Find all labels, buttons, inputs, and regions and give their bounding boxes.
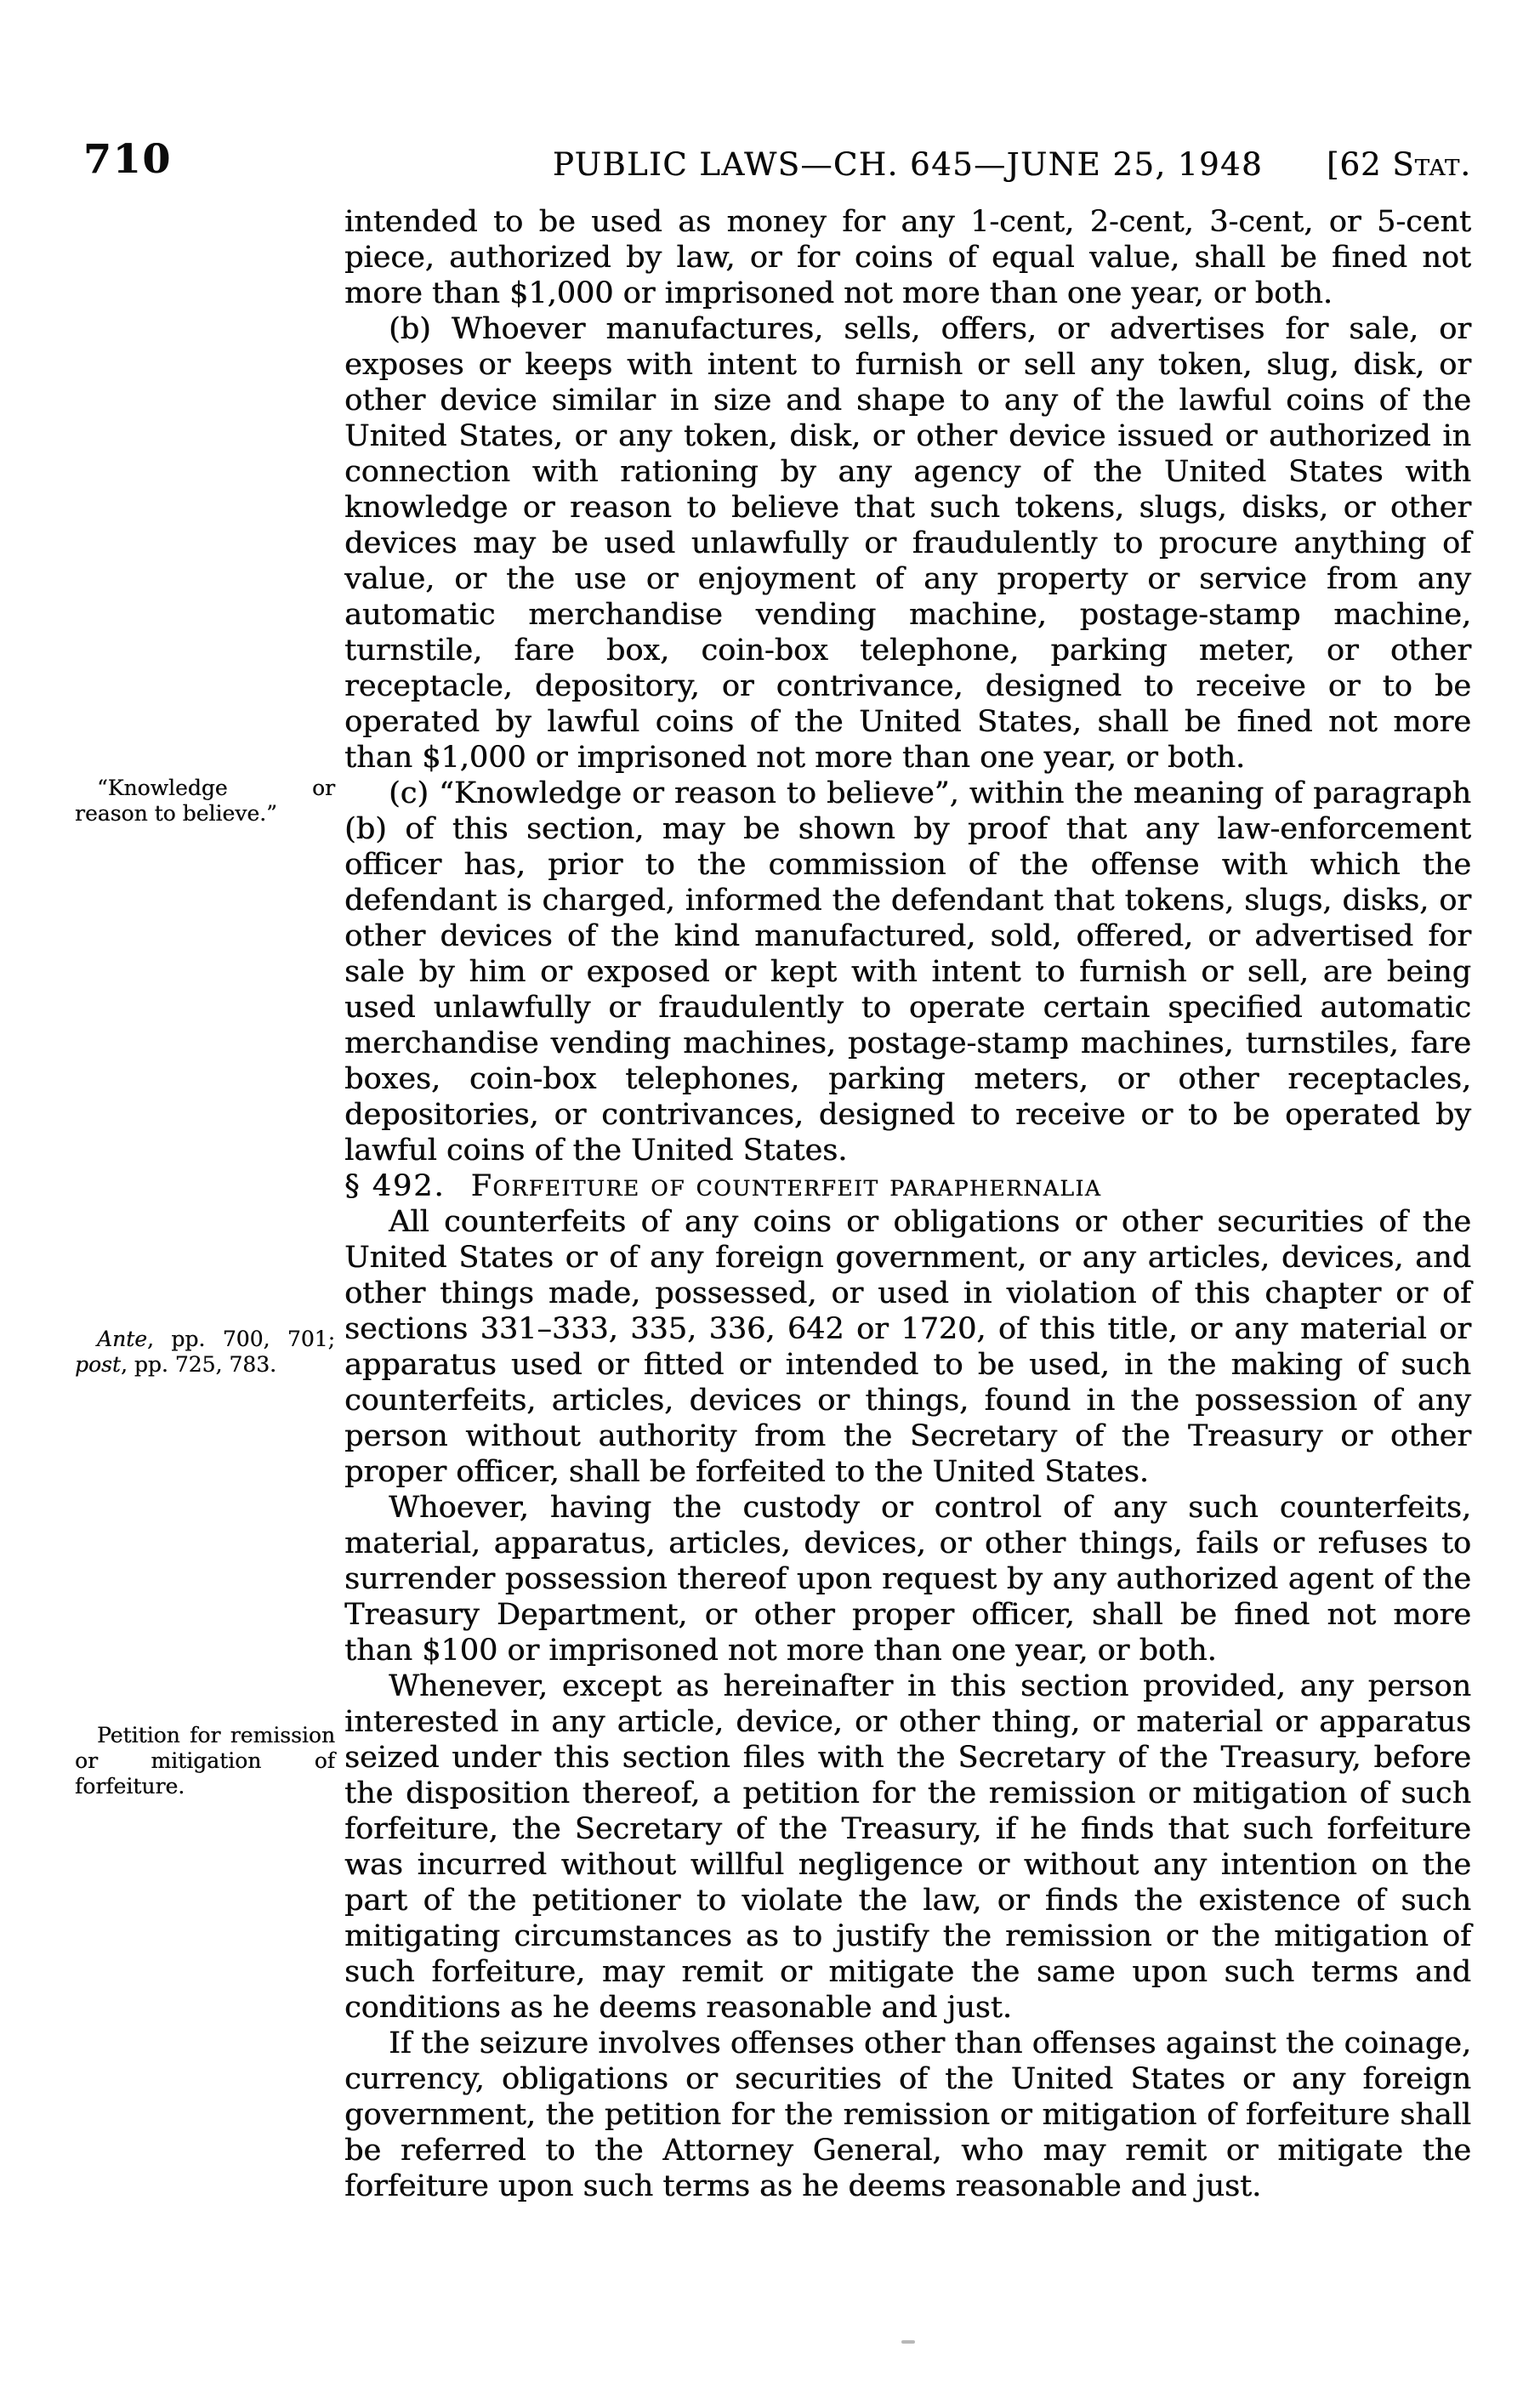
margin-note-post-pages: , pp. 725, 783. xyxy=(121,1352,276,1377)
paragraph-custody: Whoever, having the custody or control o… xyxy=(344,1490,1471,1668)
margin-note-knowledge: “Knowledge or reason to believe.” xyxy=(75,776,335,827)
paragraph-petition: Whenever, except as hereinafter in this … xyxy=(344,1668,1471,2026)
margin-note-post-italic: post xyxy=(75,1352,121,1377)
paragraph-b: (b) Whoever manufactures, sells, offers,… xyxy=(344,311,1471,776)
margin-note-ante-italic: Ante xyxy=(97,1327,147,1351)
statute-body: intended to be used as money for any 1-c… xyxy=(344,204,1471,2204)
paragraph-c: (c) “Knowledge or reason to believe”, wi… xyxy=(344,776,1471,1168)
section-number: § 492. xyxy=(344,1169,446,1203)
running-header-title: PUBLIC LAWS—CH. 645—JUNE 25, 1948 xyxy=(344,146,1471,183)
scan-artifact-speck xyxy=(901,2340,915,2344)
section-heading: § 492.Forfeiture of counterfeit parapher… xyxy=(344,1168,1471,1204)
paragraph-continuation: intended to be used as money for any 1-c… xyxy=(344,204,1471,311)
margin-note-petition: Petition for remission or mitigation of … xyxy=(75,1723,335,1799)
margin-note-ante-pages: , pp. 700, 701; xyxy=(147,1327,335,1351)
margin-note-ante-post: Ante, pp. 700, 701; post, pp. 725, 783. xyxy=(75,1327,335,1378)
section-title: Forfeiture of counterfeit paraphernalia xyxy=(471,1169,1102,1203)
statute-page: 710 PUBLIC LAWS—CH. 645—JUNE 25, 1948 [6… xyxy=(0,0,1540,2387)
paragraph-seizure: If the seizure involves offenses other t… xyxy=(344,2026,1471,2204)
page-number: 710 xyxy=(83,136,172,183)
paragraph-forfeiture: All counterfeits of any coins or obligat… xyxy=(344,1204,1471,1490)
